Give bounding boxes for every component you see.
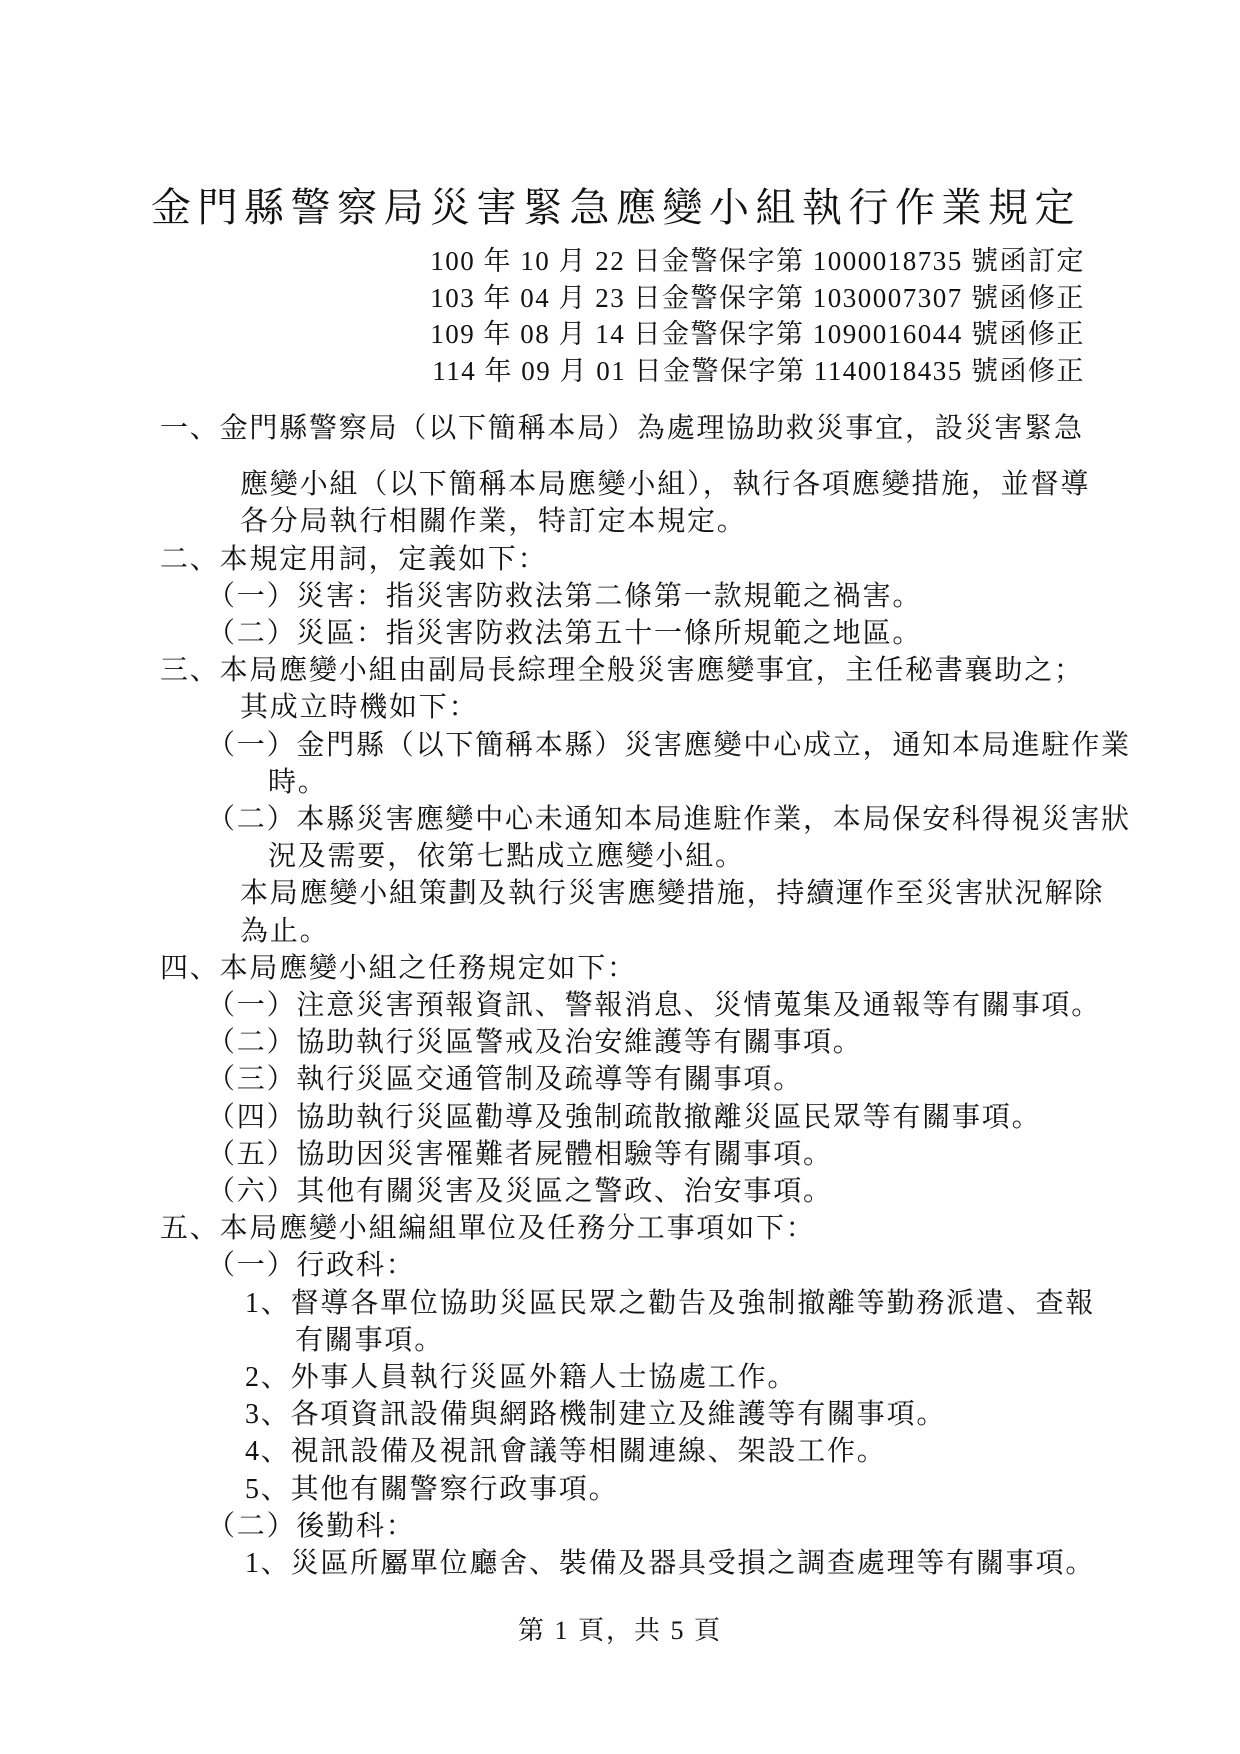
body-line: （六）其他有關災害及災區之警政、治安事項。 [207, 1173, 1120, 1210]
body-line: 5、其他有關警察行政事項。 [245, 1471, 1120, 1508]
body-line: （二）後勤科： [207, 1508, 1120, 1545]
body-line: （一）災害：指災害防救法第二條第一款規範之禍害。 [207, 578, 1120, 615]
body-line: （二）本縣災害應變中心未通知本局進駐作業，本局保安科得視災害狀 [207, 801, 1120, 838]
body-line: 五、本局應變小組編組單位及任務分工事項如下： [160, 1210, 1120, 1247]
body-line: 為止。 [240, 913, 1120, 950]
body-line: （四）協助執行災區勸導及強制疏散撤離災區民眾等有關事項。 [207, 1099, 1120, 1136]
body-line: 況及需要，依第七點成立應變小組。 [268, 838, 1120, 875]
document-body: 一、金門縣警察局（以下簡稱本局）為處理協助救災事宜，設災害緊急應變小組（以下簡稱… [160, 410, 1120, 1582]
body-line: （一）行政科： [207, 1247, 1120, 1284]
body-line: 各分局執行相關作業，特訂定本規定。 [240, 503, 1120, 540]
body-line: 應變小組（以下簡稱本局應變小組），執行各項應變措施，並督導 [240, 466, 1120, 503]
body-line: 有關事項。 [295, 1322, 1120, 1359]
body-line: 1、災區所屬單位廳舍、裝備及器具受損之調查處理等有關事項。 [245, 1545, 1120, 1582]
page-footer: 第 1 頁，共 5 頁 [0, 1610, 1240, 1647]
body-line: （二）協助執行災區警戒及治安維護等有關事項。 [207, 1024, 1120, 1061]
body-line: 三、本局應變小組由副局長綜理全般災害應變事宜，主任秘書襄助之； [160, 652, 1120, 689]
body-line: 二、本規定用詞，定義如下： [160, 541, 1120, 578]
body-line: 2、外事人員執行災區外籍人士協處工作。 [245, 1359, 1120, 1396]
body-line: （五）協助因災害罹難者屍體相驗等有關事項。 [207, 1136, 1120, 1173]
body-line: 時。 [268, 764, 1120, 801]
revision-line: 100 年 10 月 22 日金警保字第 1000018735 號函訂定 [430, 243, 1085, 280]
body-line: （三）執行災區交通管制及疏導等有關事項。 [207, 1061, 1120, 1098]
body-line: 4、視訊設備及視訊會議等相關連線、架設工作。 [245, 1433, 1120, 1470]
body-line: 1、督導各單位協助災區民眾之勸告及強制撤離等勤務派遣、查報 [245, 1285, 1120, 1322]
revision-line: 109 年 08 月 14 日金警保字第 1090016044 號函修正 [430, 316, 1085, 353]
body-line: 本局應變小組策劃及執行災害應變措施，持續運作至災害狀況解除 [240, 875, 1120, 912]
page-number-label: 第 1 頁，共 5 頁 [518, 1616, 722, 1645]
body-line: 其成立時機如下： [240, 689, 1120, 726]
revision-history: 100 年 10 月 22 日金警保字第 1000018735 號函訂定103 … [430, 243, 1085, 389]
body-line: 四、本局應變小組之任務規定如下： [160, 950, 1120, 987]
body-line: （一）注意災害預報資訊、警報消息、災情蒐集及通報等有關事項。 [207, 987, 1120, 1024]
revision-line: 114 年 09 月 01 日金警保字第 1140018435 號函修正 [430, 353, 1085, 390]
document-title: 金門縣警察局災害緊急應變小組執行作業規定 [151, 176, 1081, 233]
document-page: 金門縣警察局災害緊急應變小組執行作業規定 100 年 10 月 22 日金警保字… [0, 0, 1240, 1754]
body-line: 3、各項資訊設備與網路機制建立及維護等有關事項。 [245, 1396, 1120, 1433]
body-line: （一）金門縣（以下簡稱本縣）災害應變中心成立，通知本局進駐作業 [207, 727, 1120, 764]
body-line: （二）災區：指災害防救法第五十一條所規範之地區。 [207, 615, 1120, 652]
revision-line: 103 年 04 月 23 日金警保字第 1030007307 號函修正 [430, 280, 1085, 317]
body-line: 一、金門縣警察局（以下簡稱本局）為處理協助救災事宜，設災害緊急 [160, 410, 1120, 447]
